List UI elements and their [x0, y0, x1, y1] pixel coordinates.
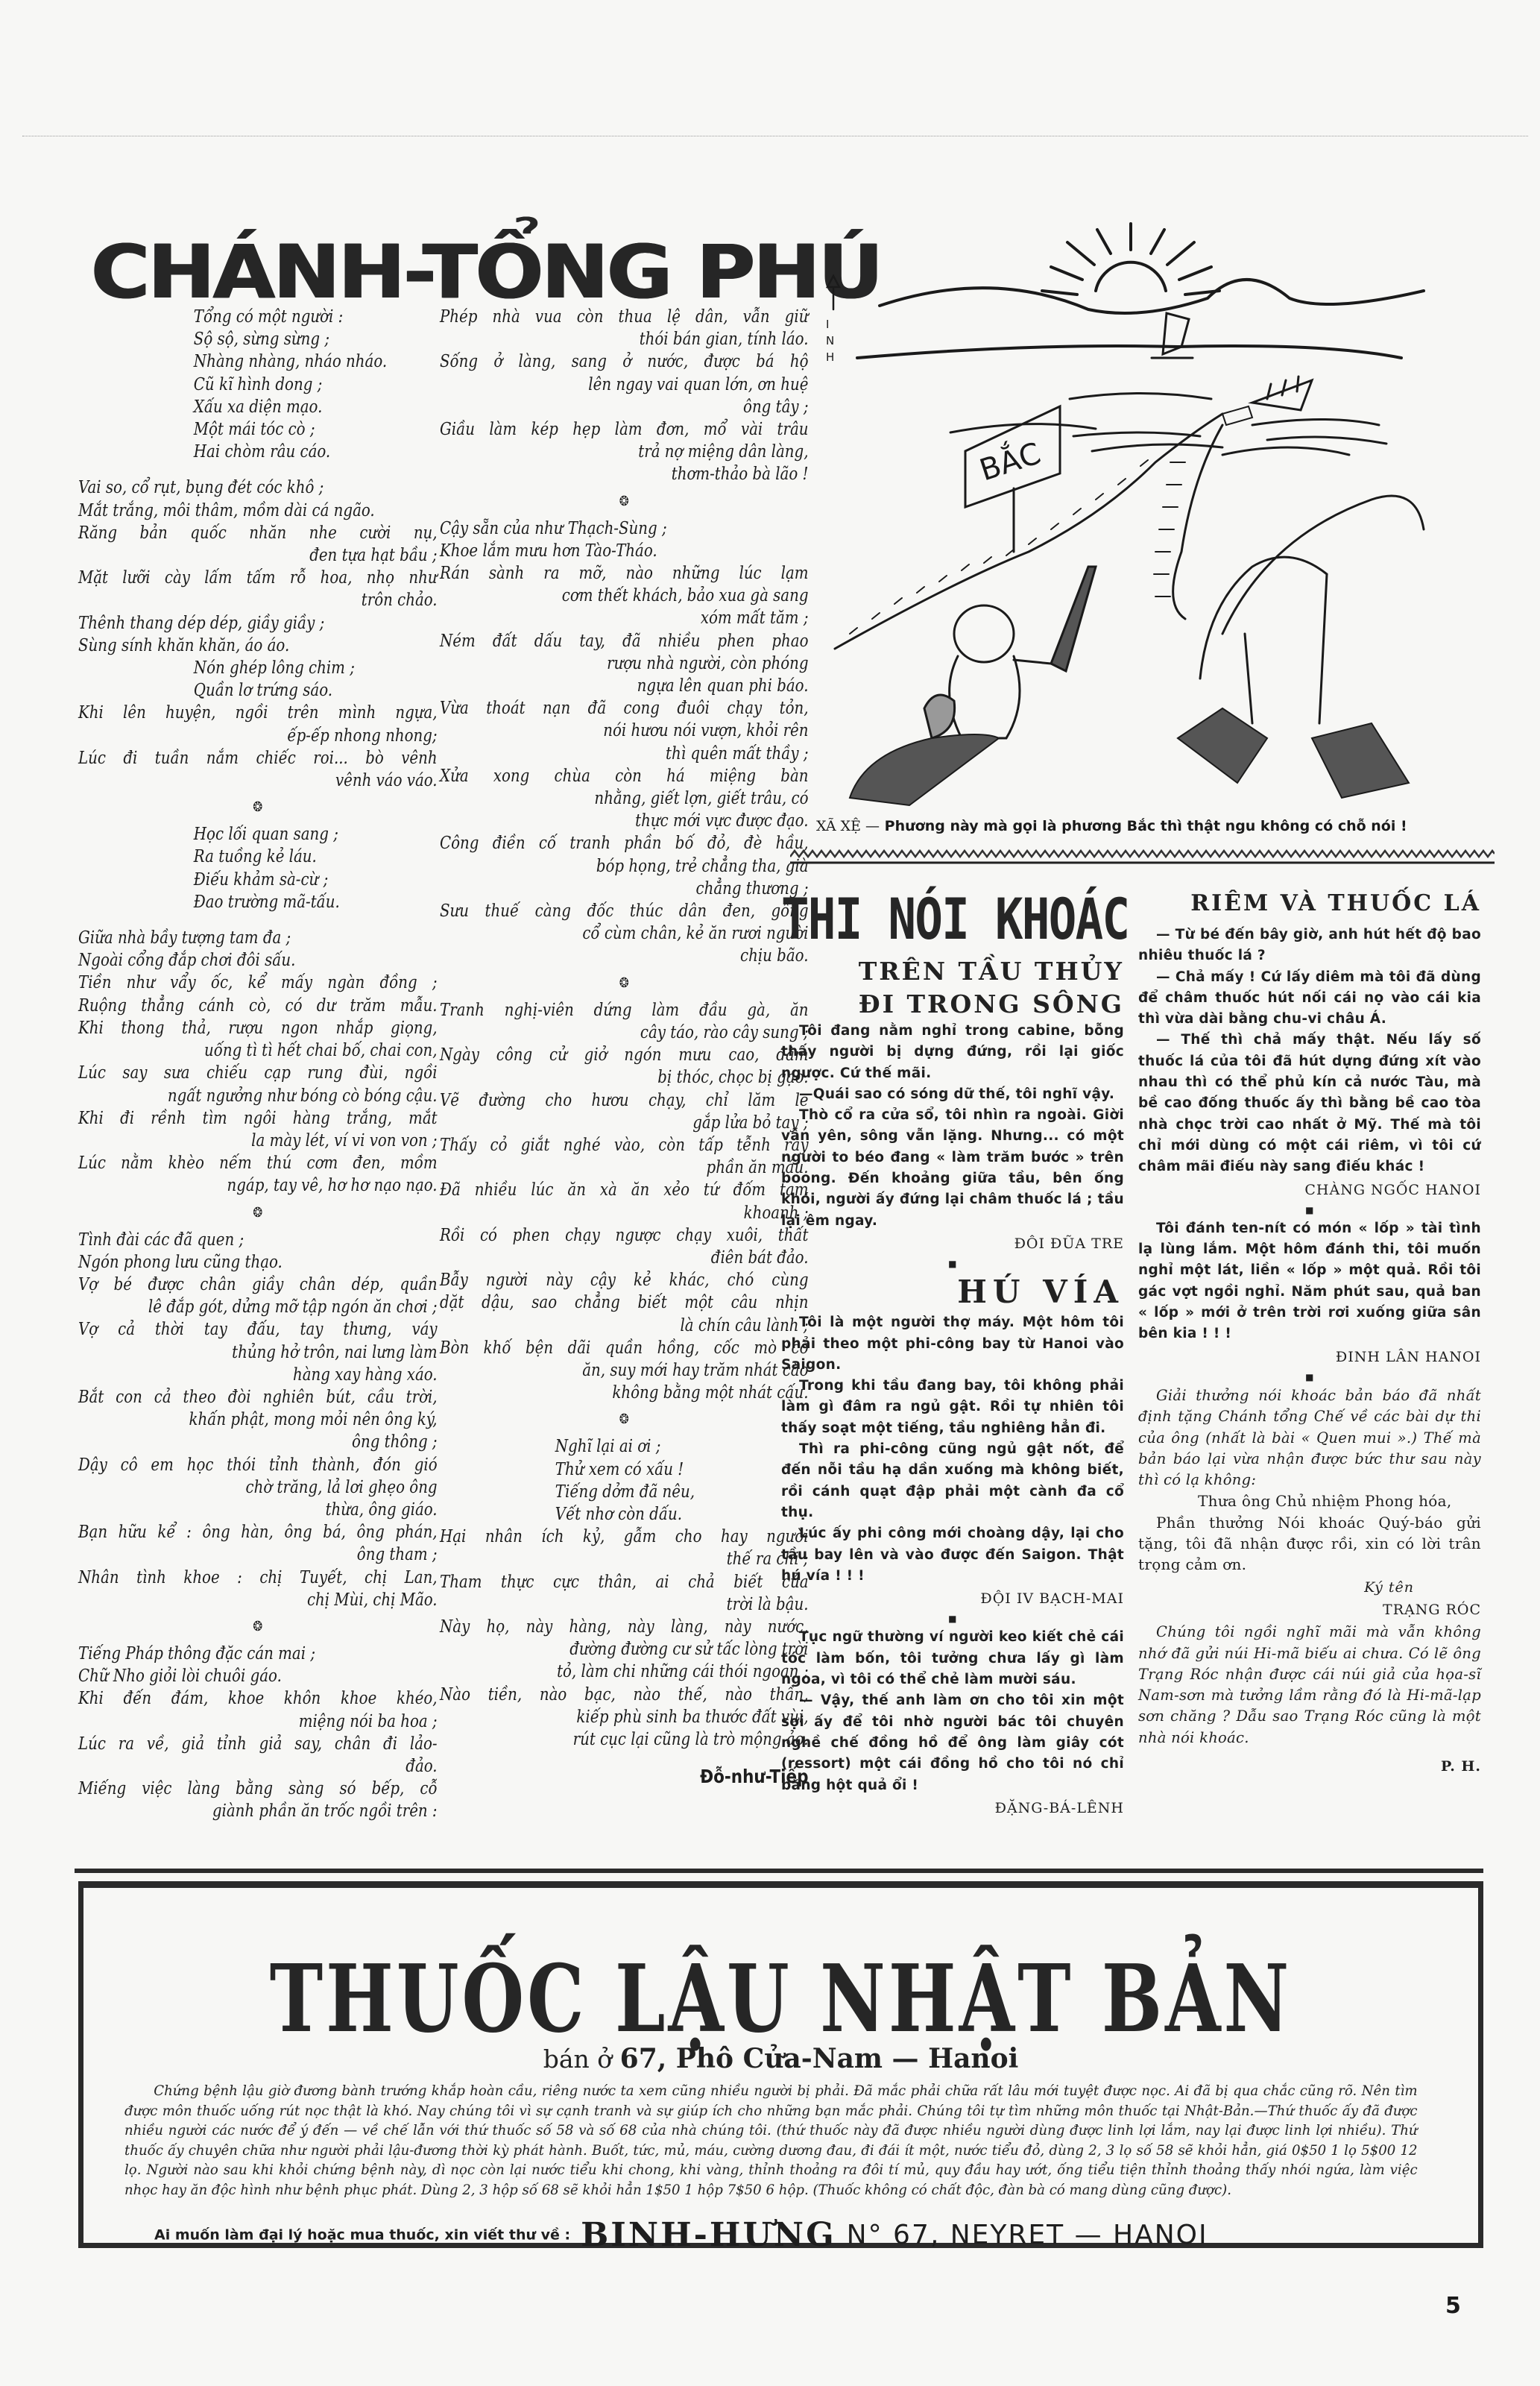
ornament-icon: ❂: [78, 792, 438, 823]
poem-line: Học lối quan sang ;: [78, 823, 438, 846]
story2-author: ĐỘI IV BẠCH-MAI: [781, 1588, 1124, 1609]
story1-heading-line2: ĐI TRONG SÔNG: [781, 988, 1124, 1021]
poem-line: rượu nhà người, còn phóng: [440, 652, 809, 675]
poem-line: thực mới vực được đạo.: [440, 810, 809, 832]
ad-address-main: 67, Phô Cửa-Nam — Hanoi: [620, 2043, 1019, 2074]
poem-line: Vai so, cổ rụt, bụng đét cóc khô ;: [78, 476, 438, 499]
poem-line: nhằng, giết lợn, giết trâu, có: [440, 787, 809, 810]
poem-line: Ngày công cử giở ngón mưu cao, đâm: [440, 1044, 809, 1066]
cartoon-illustration: BẮC I N H: [805, 216, 1498, 813]
letter-signer: TRẠNG RÓC: [1138, 1599, 1481, 1620]
poem-line: Vừa thoát nạn đã cong đuôi chạy tỏn,: [440, 697, 809, 720]
poem-line: gắp lửa bỏ tay ;: [440, 1112, 809, 1134]
contest-column-1: THI NÓI KHOÁC TRÊN TẦU THỦY ĐI TRONG SÔN…: [781, 891, 1124, 1820]
poem-line: Tham thực cực thân, ai chả biết của: [440, 1571, 809, 1593]
story4-author: CHÀNG NGỐC HANOI: [1138, 1180, 1481, 1200]
ornament-icon: ❂: [440, 1404, 809, 1435]
story3-paragraph: Tục ngữ thường ví người keo kiết chẻ cái…: [781, 1627, 1124, 1690]
poem-line: Một mái tóc cò ;: [78, 418, 438, 441]
poem-line: Tiếng dởm đã nêu,: [440, 1481, 809, 1503]
page-number: 5: [1445, 2293, 1461, 2319]
poem-line: ăn, suy mới hay trăm nhát cào: [440, 1359, 809, 1382]
poem-line: Khi lên huyện, ngồi trên mình ngựa,: [78, 702, 438, 724]
contest-column-2: RIÊM VÀ THUỐC LÁ — Từ bé đến bây giờ, an…: [1138, 887, 1481, 1778]
poem-line: Sưu thuế càng đốc thúc dân đen, gông: [440, 900, 809, 922]
poem-line: Sống ở làng, sang ở nước, được bá hộ: [440, 350, 809, 373]
poem-line: tỏ, làm chi những cái thói ngoan ;: [440, 1661, 809, 1683]
letter-body: Phần thưởng Nói khoác Quý-báo gửi tặng, …: [1138, 1512, 1481, 1576]
poem-line: thơm-thảo bà lão !: [440, 463, 809, 485]
poem-line: Miếng việc làng bằng sàng só bếp, cỗ: [78, 1778, 438, 1800]
editor-signature: P. H.: [1138, 1756, 1481, 1777]
poem-line: Khi đến đám, khoe khôn khoe khéo,: [78, 1687, 438, 1710]
poem-line: Ngoài cổng đắp chơi đôi sấu.: [78, 949, 438, 972]
story4-heading: RIÊM VÀ THUỐC LÁ: [1138, 887, 1481, 920]
poem-line: Này họ, này hàng, này làng, này nước,: [440, 1616, 809, 1638]
editor-reply: Chúng tôi ngồi nghĩ mãi mà vẫn không nhớ…: [1138, 1622, 1481, 1748]
poem-line: Xấu xa diện mạo.: [78, 396, 438, 418]
poem-line: chẳng thương ;: [440, 878, 809, 900]
cartoon-caption: XÃ XỆ — Phương này mà gọi là phương Bắc …: [816, 818, 1502, 834]
story5-paragraph: Tôi đánh ten-nít có món « lốp » tài tình…: [1138, 1218, 1481, 1345]
poem-line: Giầu làm kép hẹp làm đơn, mổ vài trâu: [440, 418, 809, 441]
poem-line: trời là bậu.: [440, 1593, 809, 1616]
ad-company-address: N° 67, NEYRET — HANOI: [847, 2220, 1208, 2250]
poem-line: dặt dậu, sao chẳng biết một câu nhịn: [440, 1291, 809, 1314]
poem-line: Răng bản quốc nhăn nhe cười nụ,: [78, 522, 438, 544]
poem-line: ngất ngưởng như bóng cò bóng cậu.: [78, 1085, 438, 1107]
poem-line: lê đắp gót, dửng mỡ tập ngón ăn chơi ;: [78, 1296, 438, 1318]
poem-line: trôn chảo.: [78, 589, 438, 611]
poem-line: Thử xem có xấu !: [440, 1458, 809, 1481]
story1-paragraph: Thò cổ ra cửa sổ, tôi nhìn ra ngoài. Giờ…: [781, 1105, 1124, 1232]
sun-icon: [1042, 224, 1219, 295]
poem-line: Lúc nằm khèo nếm thú cơm đen, mồm: [78, 1152, 438, 1174]
story4-paragraph: — Thế thì chả mấy thật. Nếu lấy số thuốc…: [1138, 1030, 1481, 1177]
poem-line: Tổng có một người :: [78, 306, 438, 328]
poem-line: Tình đài các đã quen ;: [78, 1229, 438, 1251]
poem-line: nói hươu nói vượn, khỏi rên: [440, 720, 809, 742]
zigzag-divider: [790, 848, 1495, 864]
story2-paragraph: Trong khi tầu đang bay, tôi không phải l…: [781, 1376, 1124, 1439]
poem-line: Đao trường mã-tấu.: [78, 891, 438, 913]
poem-line: Nhân tình khoe : chị Tuyết, chị Lan,: [78, 1567, 438, 1589]
poem-line: chịu bão.: [440, 945, 809, 967]
ad-address: bán ở 67, Phô Cửa-Nam — Hanoi: [83, 2043, 1478, 2074]
ad-body: Chứng bệnh lậu giờ đương bành trướng khắ…: [124, 2082, 1418, 2200]
poem-line: Hại nhân ích kỷ, gẫm cho hay người: [440, 1526, 809, 1548]
stanza-gap: [78, 463, 438, 476]
poem-line: thủng hở trôn, nai lưng làm: [78, 1341, 438, 1364]
poem-line: điên bát đảo.: [440, 1247, 809, 1269]
poem-line: Vết nhơ còn dấu.: [440, 1503, 809, 1526]
poem-line: Vợ cả thời tay đấu, tay thưng, váy: [78, 1318, 438, 1341]
poem-line: bị thóc, chọc bị gạo.: [440, 1066, 809, 1089]
poem-line: ngáp, tay vê, hơ hơ nạo nạo.: [78, 1174, 438, 1197]
poem-line: Công điền cố tranh phần bố đỏ, đè hầu,: [440, 832, 809, 854]
story4-paragraph: — Chả mấy ! Cứ lấy diêm mà tôi đã dùng đ…: [1138, 967, 1481, 1030]
poem-line: Vẽ đường cho hươu chạy, chỉ lăm le: [440, 1089, 809, 1112]
poem-line: rút cục lại cũng là trò mộng ảo.: [440, 1728, 809, 1751]
ornament-icon: ❂: [440, 968, 809, 999]
ornament-icon: ❂: [78, 1611, 438, 1643]
ad-address-prefix: bán ở: [543, 2045, 612, 2074]
poem-line: khấn phật, mong mỏi nên ông ký,: [78, 1408, 438, 1431]
ad-footer-lead: Ai muốn làm đại lý hoặc mua thuốc, xin v…: [154, 2227, 570, 2244]
poem-line: Thấy cỏ giắt nghé vào, còn tấp tễnh rây: [440, 1134, 809, 1156]
ad-top-rule: [75, 1869, 1483, 1873]
poem-line: Quần lơ trứng sáo.: [78, 679, 438, 702]
poem-line: ngựa lên quan phi báo.: [440, 675, 809, 697]
poem-line: trả nợ miệng dân làng,: [440, 441, 809, 463]
poem-line: không bằng một nhát cấu.: [440, 1382, 809, 1404]
story2-heading: HÚ VÍA: [781, 1272, 1124, 1312]
poem-line: hàng xay hàng xáo.: [78, 1364, 438, 1386]
story3-paragraph: — Vậy, thế anh làm ơn cho tôi xin một sợ…: [781, 1690, 1124, 1795]
poem-line: Phép nhà vua còn thua lệ dân, vẫn giữ: [440, 306, 809, 328]
poem-line: khoanh ;: [440, 1202, 809, 1224]
story5-author: ĐINH LÂN HANOI: [1138, 1347, 1481, 1367]
caption-text: Phương này mà gọi là phương Bắc thì thật…: [885, 818, 1407, 834]
svg-text:H: H: [826, 350, 834, 364]
poem-line: Dậy cô em học thói tỉnh thành, đón gió: [78, 1454, 438, 1476]
poem-line: Nhàng nhàng, nháo nháo.: [78, 350, 438, 373]
svg-text:N: N: [826, 334, 834, 347]
story2-paragraph: Tôi là một người thợ máy. Một hôm tôi ph…: [781, 1312, 1124, 1376]
poem-right-column: Phép nhà vua còn thua lệ dân, vẫn giữthó…: [440, 306, 809, 1788]
poem-line: Tiếng Pháp thông đặc cán mai ;: [78, 1643, 438, 1665]
poem-line: Đã nhiều lúc ăn xà ăn xẻo tứ đốm tam: [440, 1179, 809, 1201]
poem-line: Tiền như vẩy ốc, kể mấy ngàn đồng ;: [78, 972, 438, 994]
poem-line: vênh váo váo.: [78, 769, 438, 792]
poem-title: CHÁNH-TỔNG PHÚ: [91, 236, 784, 309]
poem-line: Bẫy người này cậy kẻ khác, chó cùng: [440, 1269, 809, 1291]
poem-line: Cũ kĩ hình dong ;: [78, 374, 438, 396]
story1-paragraph: Tôi đang nằm nghỉ trong cabine, bỗng thấ…: [781, 1021, 1124, 1084]
poem-line: Bạn hữu kể : ông hàn, ông bá, ông phán,: [78, 1521, 438, 1543]
contest-title: THI NÓI KHOÁC: [781, 891, 1062, 948]
top-dotted-rule: [22, 136, 1528, 136]
poem-line: Lúc ra về, giả tỉnh giả say, chân đi lảo…: [78, 1733, 438, 1755]
poem-author: Đỗ-như-Tiếp: [440, 1766, 809, 1788]
poem-line: Ném đất dấu tay, đã nhiều phen phao: [440, 630, 809, 652]
poem-line: Xửa xong chùa còn há miệng bàn: [440, 765, 809, 787]
poem-line: Sộ sộ, sừng sừng ;: [78, 328, 438, 350]
poem-line: kiếp phù sinh ba thước đất vùi,: [440, 1706, 809, 1728]
stanza-gap: [78, 913, 438, 927]
poem-line: đảo.: [78, 1755, 438, 1778]
poem-line: Vợ bé được chân giầy chân dép, quần: [78, 1274, 438, 1296]
poem-line: Rán sành ra mỡ, nào những lúc lạm: [440, 562, 809, 585]
poem-line: Khoe lắm mưu hơn Tào-Tháo.: [440, 540, 809, 562]
poem-line: bóp họng, trẻ chẳng tha, già: [440, 855, 809, 878]
story4-paragraph: — Từ bé đến bây giờ, anh hút hết độ bao …: [1138, 925, 1481, 967]
svg-text:I: I: [826, 318, 829, 331]
poem-line: Điếu khảm sà-cừ ;: [78, 869, 438, 891]
story1-author: ĐÔI ĐŨA TRE: [781, 1233, 1124, 1254]
ad-company: BINH-HƯNG: [581, 2216, 836, 2254]
poem-line: Tranh nghị-viên dứng làm đầu gà, ăn: [440, 999, 809, 1022]
sailboat-icon: [1152, 313, 1193, 358]
section-mark-icon: ■: [781, 1256, 1124, 1272]
poem-line: cơm thết khách, bảo xua gà sang: [440, 585, 809, 607]
poem-line: Thênh thang dép dép, giầy giầy ;: [78, 612, 438, 635]
boat-icon: [1252, 377, 1312, 410]
poem-line: xóm mất tăm ;: [440, 607, 809, 629]
poem-line: Hai chòm râu cáo.: [78, 441, 438, 463]
section-mark-icon: ■: [1138, 1202, 1481, 1218]
poem-line: ông thông ;: [78, 1431, 438, 1453]
poem-line: Ruộng thẳng cánh cò, có dư trăm mẫu.: [78, 995, 438, 1017]
story2-paragraph: Lúc ấy phi công mới choàng dậy, lại cho …: [781, 1523, 1124, 1587]
poem-line: Nào tiền, nào bạc, nào thế, nào thần,: [440, 1684, 809, 1706]
poem-line: thừa, ông giáo.: [78, 1499, 438, 1521]
poem-line: đen tựa hạt bầu ;: [78, 544, 438, 567]
tree-left: [1200, 496, 1424, 679]
story2-paragraph: Thì ra phi-công cũng ngủ gật nốt, để đến…: [781, 1439, 1124, 1523]
poem-line: Cậy sẵn của như Thạch-Sùng ;: [440, 517, 809, 540]
poem-left-column: Tổng có một người :Sộ sộ, sừng sừng ;Nhà…: [78, 306, 438, 1823]
artist-signature: [827, 276, 839, 309]
poem-line: Lúc đi tuần nắm chiếc roi... bò vênh: [78, 747, 438, 769]
poem-line: Nón ghép lông chim ;: [78, 657, 438, 679]
ad-footer: Ai muốn làm đại lý hoặc mua thuốc, xin v…: [154, 2216, 1208, 2254]
story3-author: ĐẶNG-BÁ-LÊNH: [781, 1798, 1124, 1819]
section-mark-icon: ■: [1138, 1369, 1481, 1385]
poem-line: Mắt trắng, môi thâm, mồm dài cá ngão.: [78, 500, 438, 522]
advertisement-box: THUỐC LẬU NHẬT BẢN bán ở 67, Phô Cửa-Nam…: [78, 1881, 1483, 2248]
poem-line: uống tì tì hết chai bố, chai con,: [78, 1039, 438, 1062]
poem-line: miệng nói ba hoa ;: [78, 1710, 438, 1733]
poem-line: giành phần ăn trốc ngồi trên :: [78, 1800, 438, 1822]
poem-line: Khi thong thả, rượu ngon nhắp giọng,: [78, 1017, 438, 1039]
poem-line: Bắt con cả theo đòi nghiên bút, cầu trời…: [78, 1386, 438, 1408]
poem-line: Rồi có phen chạy ngược chạy xuôi, thất: [440, 1224, 809, 1247]
fat-man-figure: [924, 567, 1096, 738]
poem-line: Bòn khố bện dãi quần hồng, cốc mò cò: [440, 1337, 809, 1359]
poem-line: chị Mùi, chị Mão.: [78, 1589, 438, 1611]
svg-text:BẮC: BẮC: [974, 432, 1045, 488]
poem-line: Giữa nhà bầy tượng tam đa ;: [78, 927, 438, 949]
poem-line: Mặt lưỡi cày lấm tấm rỗ hoa, nhọ như: [78, 567, 438, 589]
poem-line: Ngón phong lưu cũng thạo.: [78, 1251, 438, 1274]
ornament-icon: ❂: [78, 1197, 438, 1229]
letter-sign-label: Ký tên: [1138, 1577, 1481, 1598]
caption-speaker: XÃ XỆ —: [816, 818, 880, 834]
poem-line: thế ra chi ;: [440, 1548, 809, 1570]
poem-line: thói bán gian, tính láo.: [440, 328, 809, 350]
poem-line: phần ăn máu.: [440, 1156, 809, 1179]
ornament-icon: ❂: [440, 486, 809, 517]
poem-line: thì quên mất thầy ;: [440, 743, 809, 765]
letter-salutation: Thưa ông Chủ nhiệm Phong hóa,: [1138, 1491, 1481, 1511]
poem-line: lên ngay vai quan lớn, ơn huệ: [440, 374, 809, 396]
poem-line: Nghĩ lại ai ơi ;: [440, 1435, 809, 1458]
poem-line: Khi đi rềnh tìm ngôi hàng trắng, mắt: [78, 1107, 438, 1130]
editor-note-intro: Giải thưởng nói khoác bản báo đã nhất đị…: [1138, 1385, 1481, 1491]
poem-line: Ra tuồng kẻ láu.: [78, 846, 438, 868]
poem-line: ông tây ;: [440, 396, 809, 418]
poem-line: đường đường cư sử tấc lòng trời: [440, 1638, 809, 1661]
poem-line: ếp-ếp nhong nhong;: [78, 725, 438, 747]
poem-line: cổ cùm chân, kẻ ăn rươi người: [440, 922, 809, 945]
poem-line: ông tham ;: [78, 1543, 438, 1566]
story1-paragraph: —Quái sao có sóng dữ thế, tôi nghĩ vậy.: [781, 1084, 1124, 1105]
poem-line: la mày lét, ví vi von von ;: [78, 1130, 438, 1152]
ad-title: THUỐC LẬU NHẬT BẢN: [83, 1944, 1478, 2053]
poem-line: chờ trăng, lả lơi ghẹo ông: [78, 1476, 438, 1499]
poem-line: Lúc say sưa chiếu cạp rung đùi, ngồi: [78, 1062, 438, 1084]
poem-line: Sùng sính khăn khăn, áo áo.: [78, 635, 438, 657]
poem-line: là chín câu lành ;: [440, 1315, 809, 1337]
section-mark-icon: ■: [781, 1611, 1124, 1627]
story1-heading-line1: TRÊN TẦU THỦY: [781, 955, 1124, 988]
poem-line: cây táo, rào cây sung ;: [440, 1022, 809, 1044]
poem-line: Chữ Nho giỏi lòi chuôi gáo.: [78, 1665, 438, 1687]
